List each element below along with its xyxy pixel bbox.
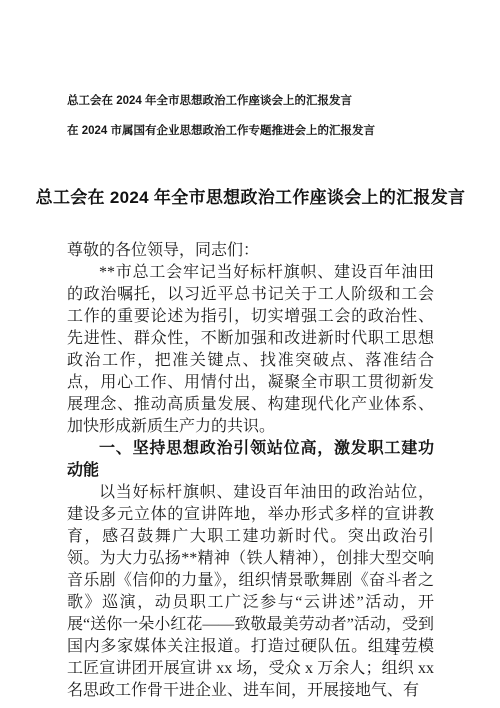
body-paragraph-2: 以当好标杆旗帜、建设百年油田的政治站位，建设多元立体的宣讲阵地，举办形式多样的宣… [67,482,434,702]
document-body: 尊敬的各位领导，同志们： **市总工会牢记当好标杆旗帜、建设百年油田的政治嘱托，… [67,240,434,702]
page-number: — 1 — [373,644,421,659]
document-reference-list: 总工会在 2024 年全市思想政治工作座谈会上的汇报发言 在 2024 市属国有… [67,95,434,138]
document-title: 总工会在 2024 年全市思想政治工作座谈会上的汇报发言 [22,186,479,210]
body-paragraph-1: **市总工会牢记当好标杆旗帜、建设百年油田的政治嘱托，以习近平总书记关于工人阶级… [67,262,434,438]
doc-ref-title-1: 总工会在 2024 年全市思想政治工作座谈会上的汇报发言 [67,95,434,108]
doc-ref-title-2: 在 2024 市属国有企业思想政治工作专题推进会上的汇报发言 [67,125,434,138]
document-page: 总工会在 2024 年全市思想政治工作座谈会上的汇报发言 在 2024 市属国有… [0,0,500,708]
section-heading-1: 一、坚持思想政治引领站位高，激发职工建功动能 [67,438,434,482]
salutation-line: 尊敬的各位领导，同志们： [67,240,434,262]
